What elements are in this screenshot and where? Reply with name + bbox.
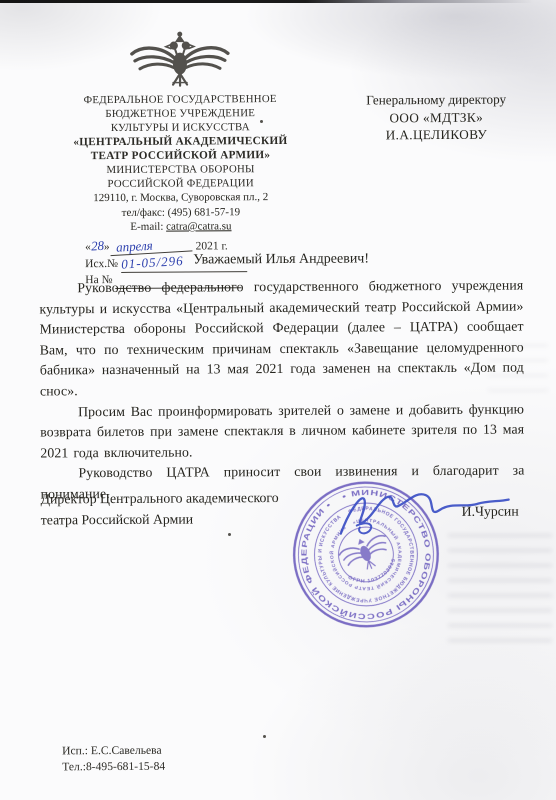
paragraph: Руководство федерального государственног… xyxy=(39,275,524,402)
ministry-eagle-emblem-icon xyxy=(128,30,232,89)
ministry-line: РОССИЙСКОЙ ФЕДЕРАЦИИ xyxy=(37,176,325,192)
date-close-quote: » xyxy=(104,241,110,253)
executor-footer: Исп.: Е.С.Савельева Тел.:8-495-681-15-84 xyxy=(62,743,165,776)
addressee-company: ООО «МДТЗК» xyxy=(328,108,544,127)
handwritten-signature xyxy=(326,479,522,552)
handwritten-day: 28 xyxy=(90,238,104,254)
email-address: catra@catra.su xyxy=(166,220,231,232)
org-phone: тел/факс: (495) 681-57-19 xyxy=(37,205,325,220)
scanned-letter-page: ФЕДЕРАЛЬНОЕ ГОСУДАРСТВЕННОЕ БЮДЖЕТНОЕ УЧ… xyxy=(0,0,556,800)
addressee-block: Генеральному директору ООО «МДТЗК» И.А.Ц… xyxy=(328,90,544,144)
letterhead: ФЕДЕРАЛЬНОЕ ГОСУДАРСТВЕННОЕ БЮДЖЕТНОЕ УЧ… xyxy=(36,30,326,290)
addressee-title: Генеральному директору xyxy=(328,90,544,109)
date-year: 2021 г. xyxy=(196,240,228,252)
salutation: Уважаемый Илья Андреевич! xyxy=(39,251,523,270)
executor-phone: Тел.:8-495-681-15-84 xyxy=(62,759,165,776)
executor-name: Исп.: Е.С.Савельева xyxy=(62,743,165,760)
paragraph: Просим Вас проинформировать зрителей о з… xyxy=(40,399,524,464)
email-label: E-mail: xyxy=(130,221,163,233)
letter-body: Уважаемый Илья Андреевич! Руководство фе… xyxy=(39,251,525,505)
org-name-line: «ЦЕНТРАЛЬНЫЙ АКАДЕМИЧЕСКИЙ xyxy=(36,134,324,150)
signature-block: Директор Центрального академического теа… xyxy=(41,486,526,649)
org-address: 129110, г. Москва, Суворовская пл., 2 xyxy=(37,191,325,206)
org-email-line: E-mail: catra@catra.su xyxy=(37,220,325,235)
addressee-name: И.А.ЦЕЛИКОВУ xyxy=(328,125,544,144)
